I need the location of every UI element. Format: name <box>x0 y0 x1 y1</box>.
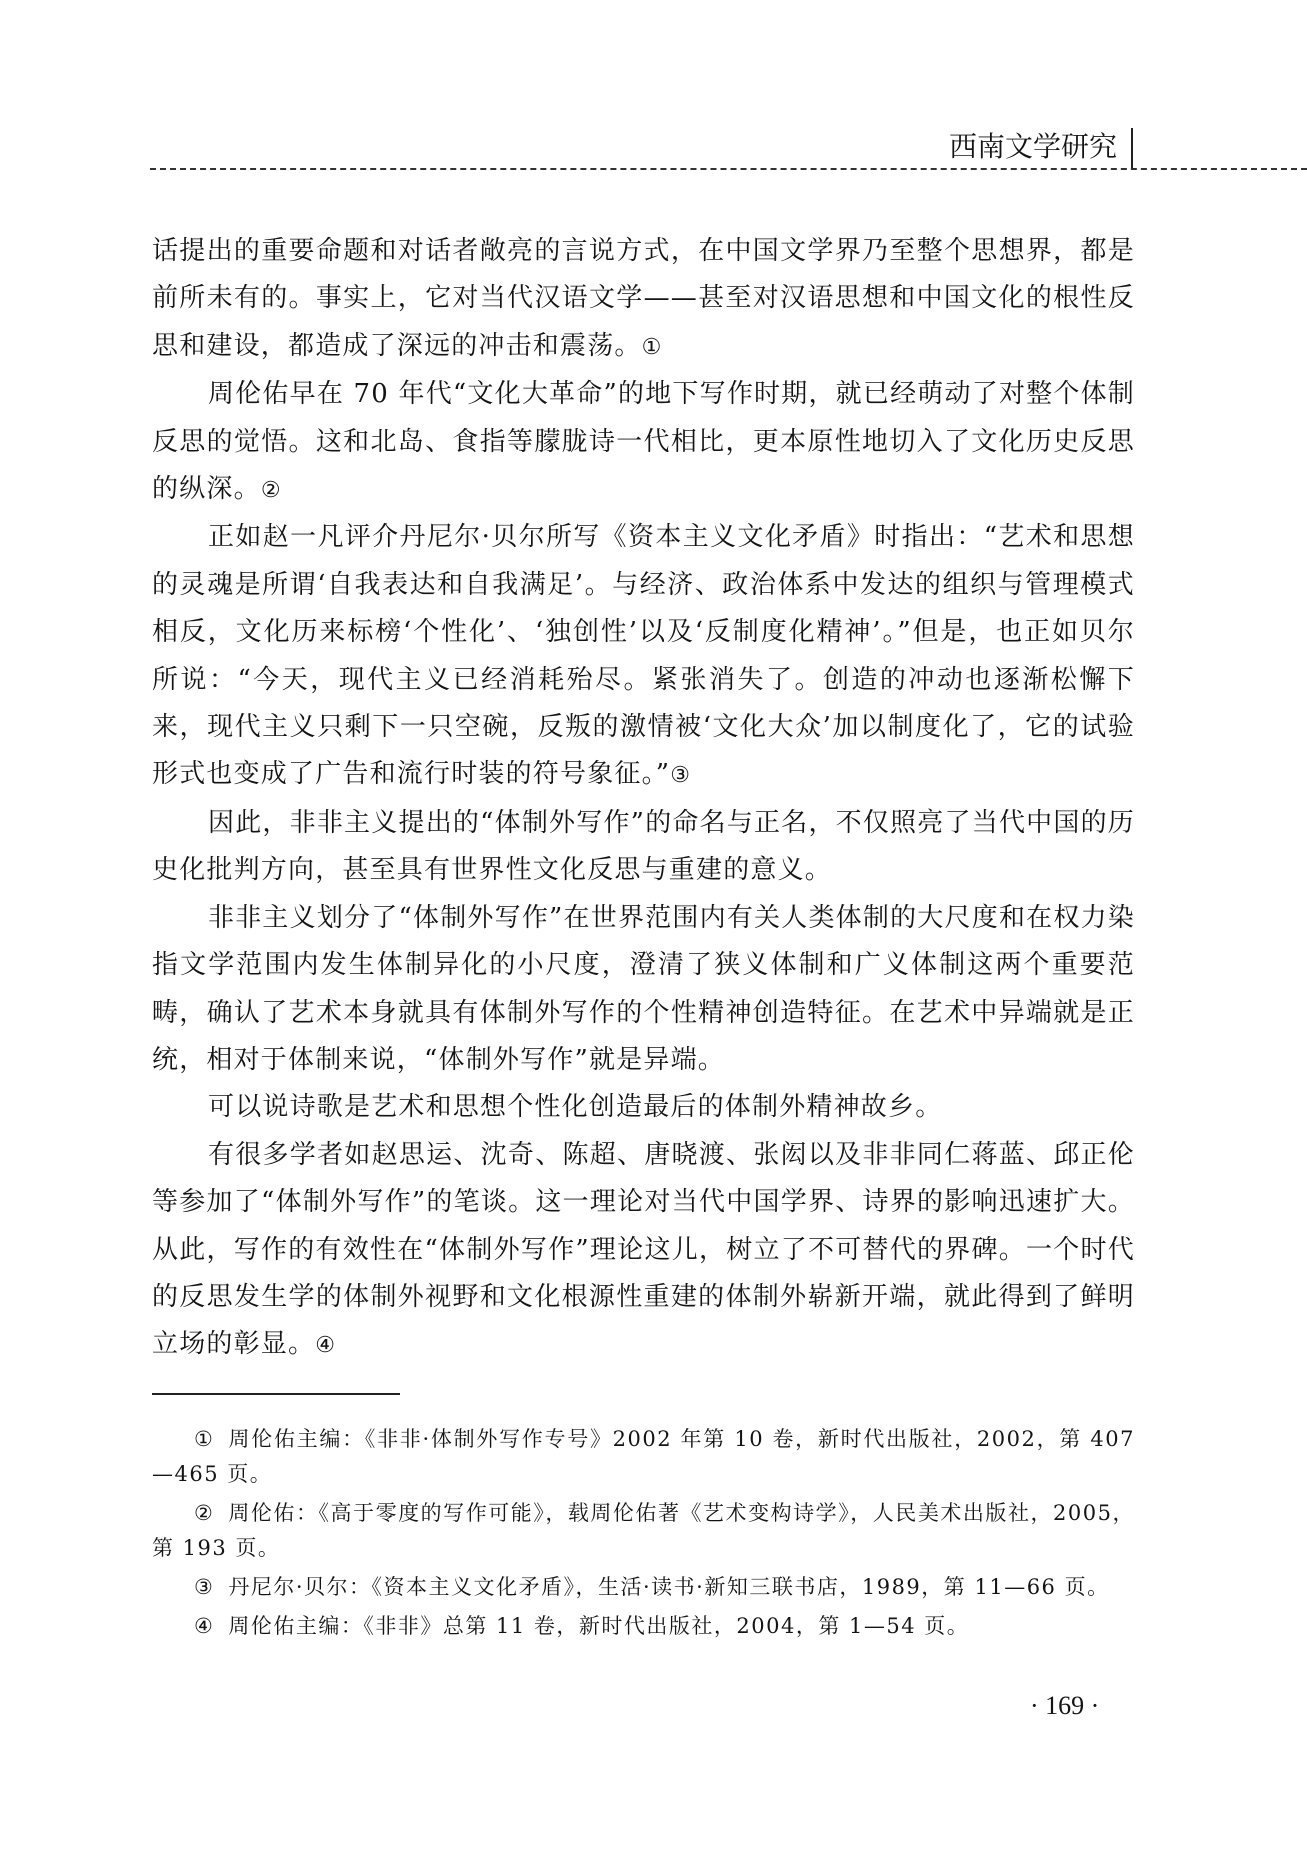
paragraph-1: 话提出的重要命题和对话者敞亮的言说方式，在中国文学界乃至整个思想界，都是前所未有… <box>152 228 1135 371</box>
header-vertical-rule <box>1131 128 1133 170</box>
body-text: 话提出的重要命题和对话者敞亮的言说方式，在中国文学界乃至整个思想界，都是前所未有… <box>152 228 1135 1370</box>
paragraph-text: 非非主义划分了“体制外写作”在世界范围内有关人类体制的大尺度和在权力染指文学范围… <box>152 903 1135 1075</box>
paragraph-text: 因此，非非主义提出的“体制外写作”的命名与正名，不仅照亮了当代中国的历史化批判方… <box>152 808 1135 885</box>
footnote-4: ④周伦佑主编：《非非》总第 11 卷，新时代出版社，2004，第 1—54 页。 <box>152 1609 1135 1644</box>
running-header: 西南文学研究 <box>0 0 1307 175</box>
footnote-text: 丹尼尔·贝尔：《资本主义文化矛盾》，生活·读书·新知三联书店，1989，第 11… <box>228 1575 1109 1599</box>
paragraph-text: 周伦佑早在 70 年代“文化大革命”的地下写作时期，就已经萌动了对整个体制反思的… <box>152 379 1135 504</box>
footnote-ref-2[interactable]: ② <box>261 478 281 503</box>
footnote-text: 周伦佑：《高于零度的写作可能》，载周伦佑著《艺术变构诗学》，人民美术出版社，20… <box>152 1501 1135 1560</box>
footnote-mark: ④ <box>194 1614 214 1638</box>
paragraph-6: 可以说诗歌是艺术和思想个性化创造最后的体制外精神故乡。 <box>152 1084 1135 1131</box>
footnotes: ①周伦佑主编：《非非·体制外写作专号》2002 年第 10 卷，新时代出版社，2… <box>152 1422 1135 1648</box>
header-dashed-rule <box>150 168 1307 170</box>
journal-title: 西南文学研究 <box>949 130 1117 164</box>
footnote-1: ①周伦佑主编：《非非·体制外写作专号》2002 年第 10 卷，新时代出版社，2… <box>152 1422 1135 1492</box>
footnote-mark: ① <box>194 1427 215 1451</box>
paragraph-2: 周伦佑早在 70 年代“文化大革命”的地下写作时期，就已经萌动了对整个体制反思的… <box>152 371 1135 514</box>
paragraph-3: 正如赵一凡评介丹尼尔·贝尔所写《资本主义文化矛盾》时指出：“艺术和思想的灵魂是所… <box>152 514 1135 799</box>
paragraph-7: 有很多学者如赵思运、沈奇、陈超、唐晓渡、张闳以及非非同仁蒋蓝、邱正伦等参加了“体… <box>152 1132 1135 1370</box>
paragraph-text: 有很多学者如赵思运、沈奇、陈超、唐晓渡、张闳以及非非同仁蒋蓝、邱正伦等参加了“体… <box>152 1140 1135 1360</box>
footnote-ref-3[interactable]: ③ <box>670 763 690 788</box>
paragraph-text: 可以说诗歌是艺术和思想个性化创造最后的体制外精神故乡。 <box>208 1092 942 1122</box>
footnote-3: ③丹尼尔·贝尔：《资本主义文化矛盾》，生活·读书·新知三联书店，1989，第 1… <box>152 1570 1135 1605</box>
footnote-2: ②周伦佑：《高于零度的写作可能》，载周伦佑著《艺术变构诗学》，人民美术出版社，2… <box>152 1496 1135 1566</box>
paragraph-text: 正如赵一凡评介丹尼尔·贝尔所写《资本主义文化矛盾》时指出：“艺术和思想的灵魂是所… <box>152 522 1135 789</box>
footnote-ref-4[interactable]: ④ <box>315 1333 335 1358</box>
footnote-ref-1[interactable]: ① <box>642 335 662 360</box>
footnote-text: 周伦佑主编：《非非·体制外写作专号》2002 年第 10 卷，新时代出版社，20… <box>152 1427 1135 1486</box>
footnote-text: 周伦佑主编：《非非》总第 11 卷，新时代出版社，2004，第 1—54 页。 <box>228 1614 969 1638</box>
paragraph-4: 因此，非非主义提出的“体制外写作”的命名与正名，不仅照亮了当代中国的历史化批判方… <box>152 800 1135 895</box>
footnote-separator <box>152 1393 400 1395</box>
paragraph-5: 非非主义划分了“体制外写作”在世界范围内有关人类体制的大尺度和在权力染指文学范围… <box>152 895 1135 1085</box>
footnote-mark: ② <box>194 1501 214 1525</box>
footnote-mark: ③ <box>194 1575 214 1599</box>
page-number: · 169 · <box>1030 1691 1099 1721</box>
